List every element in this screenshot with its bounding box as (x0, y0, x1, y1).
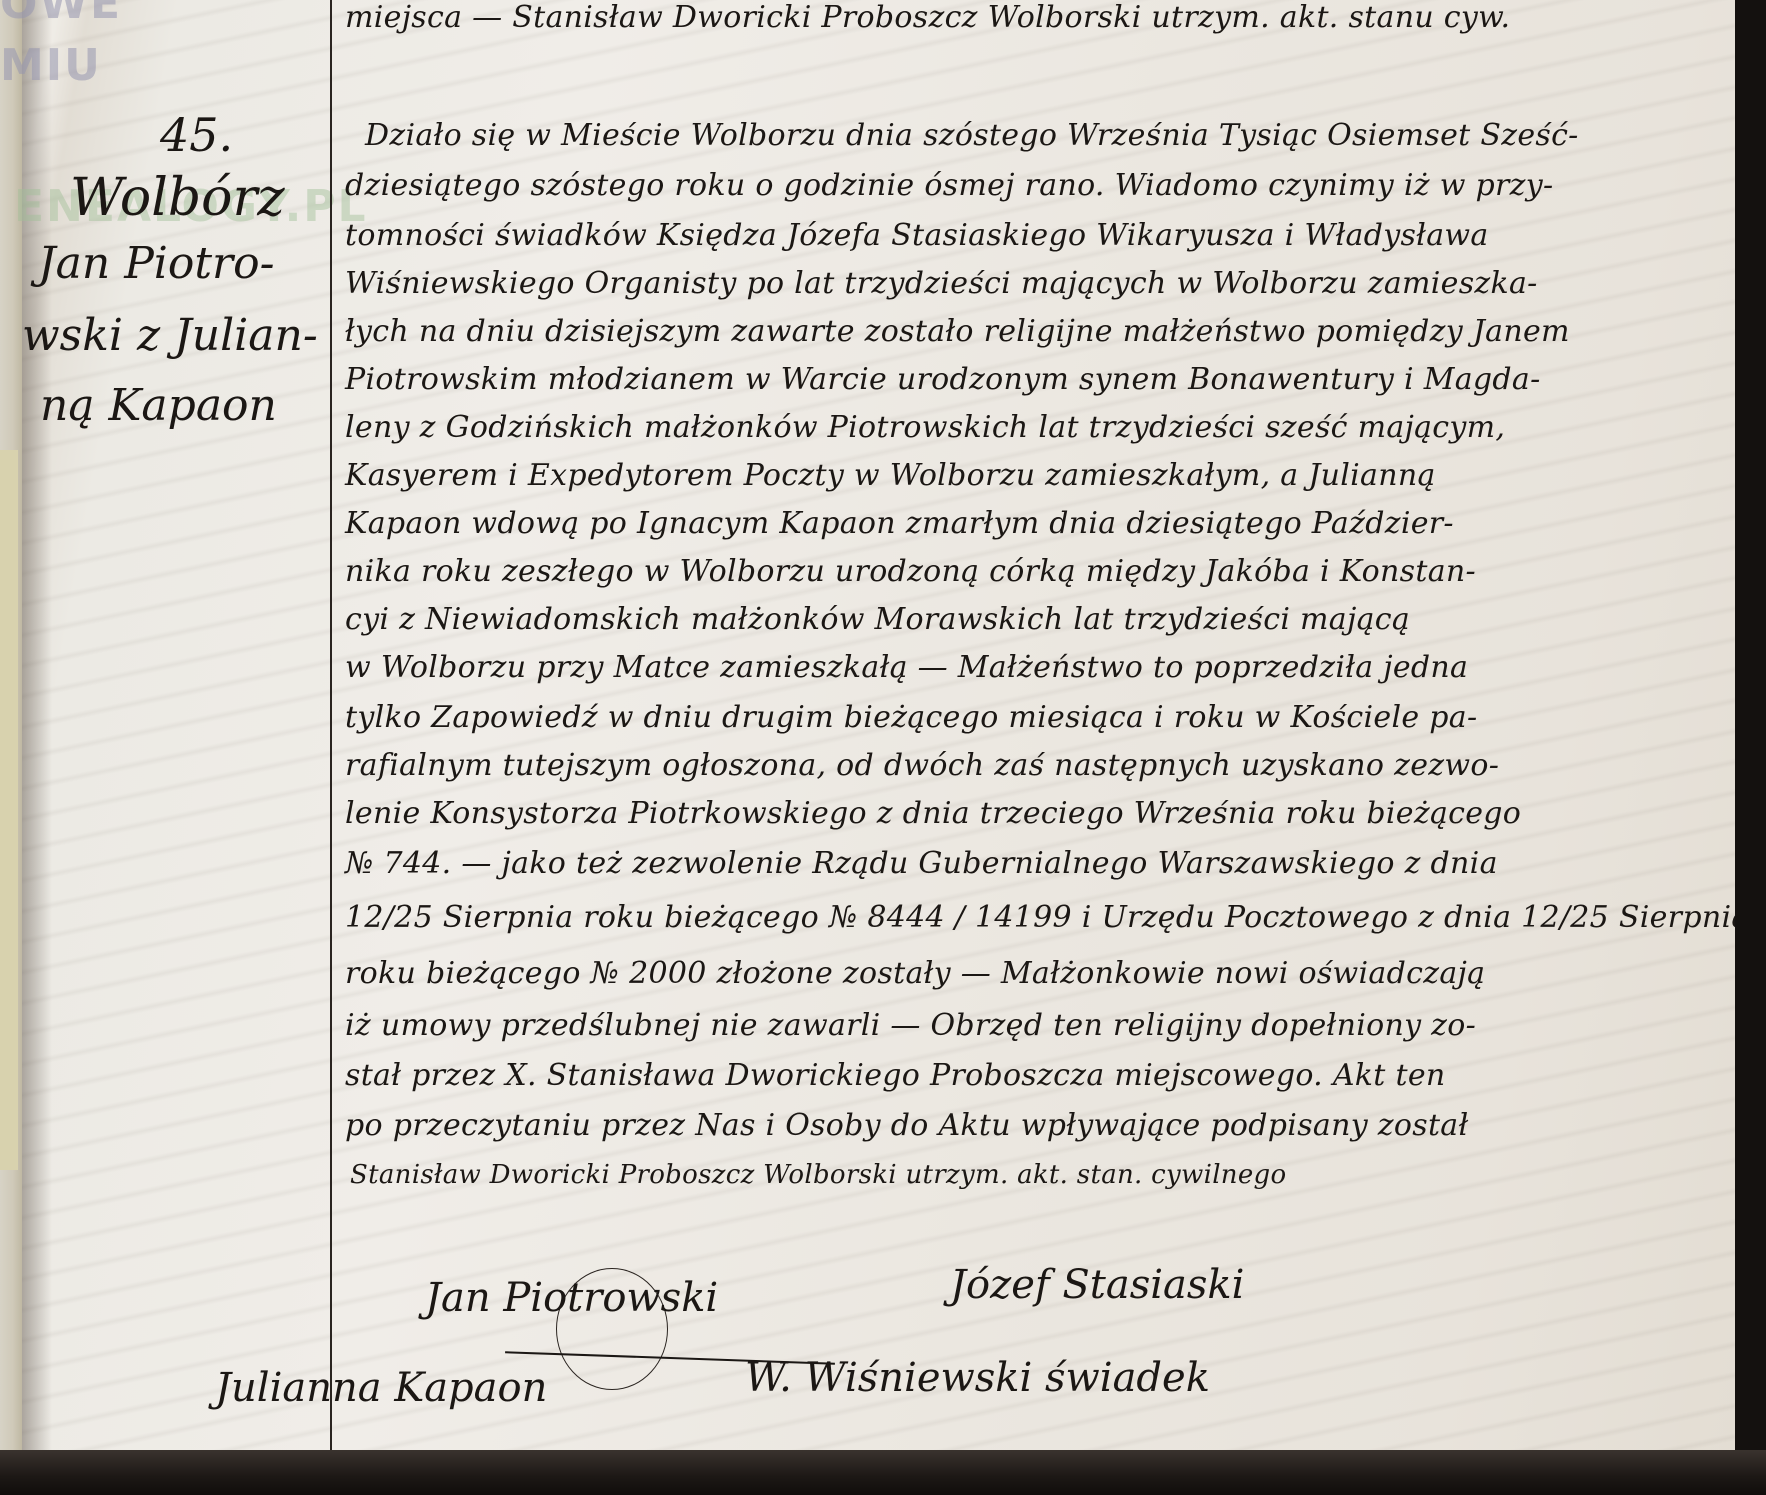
entry-line-20: stał przez X. Stanisława Dworickiego Pro… (345, 1058, 1446, 1093)
watermark-top: OWE (0, 0, 122, 26)
entry-line-8: Kasyerem i Expedytorem Poczty w Wolborzu… (345, 458, 1436, 493)
entry-line-3: tomności świadków Księdza Józefa Stasias… (345, 218, 1489, 253)
entry-line-0: miejsca — Stanisław Dworicki Proboszcz W… (345, 0, 1510, 35)
margin-names-line-2: wski z Julian- (22, 310, 318, 361)
entry-number: 45. (160, 108, 233, 162)
entry-line-19: iż umowy przedślubnej nie zawarli — Obrz… (345, 1008, 1476, 1043)
margin-place: Wolbórz (70, 168, 285, 228)
entry-line-11: cyi z Niewiadomskich małżonków Morawskic… (345, 602, 1410, 637)
entry-line-5: łych na dniu dzisiejszym zawarte zostało… (345, 314, 1570, 349)
entry-line-10: nika roku zeszłego w Wolborzu urodzoną c… (345, 554, 1476, 589)
entry-line-7: leny z Godzińskich małżonków Piotrowskic… (345, 410, 1505, 445)
entry-line-4: Wiśniewskiego Organisty po lat trzydzieś… (345, 266, 1538, 301)
book-cover-edge-right (1735, 0, 1766, 1495)
watermark-top-2: MIU (0, 44, 102, 88)
entry-line-12: w Wolborzu przy Matce zamieszkałą — Małż… (345, 650, 1468, 685)
signature-witness-1: Józef Stasiaski (950, 1262, 1244, 1308)
book-cover-edge-bottom (0, 1450, 1766, 1495)
entry-line-15: lenie Konsystorza Piotrkowskiego z dnia … (345, 796, 1521, 831)
entry-line-21: po przeczytaniu przez Nas i Osoby do Akt… (345, 1108, 1469, 1143)
entry-line-18: roku bieżącego № 2000 złożone zostały — … (345, 956, 1485, 991)
margin-rule-line (330, 0, 332, 1450)
margin-names-line-3: ną Kapaon (40, 380, 277, 431)
entry-line-13: tylko Zapowiedź w dniu drugim bieżącego … (345, 700, 1477, 735)
entry-line-1: Działo się w Mieście Wolborzu dnia szóst… (365, 118, 1579, 153)
signature-bride: Julianna Kapaon (215, 1365, 547, 1411)
entry-line-14: rafialnym tutejszym ogłoszona, od dwóch … (345, 748, 1499, 783)
entry-line-17: 12/25 Sierpnia roku bieżącego № 8444 / 1… (345, 900, 1735, 935)
page-tab-strip (0, 450, 18, 1170)
entry-line-2: dziesiątego szóstego roku o godzinie ósm… (345, 168, 1553, 203)
entry-line-22-priest-signature: Stanisław Dworicki Proboszcz Wolborski u… (350, 1160, 1286, 1190)
entry-line-16: № 744. — jako też zezwolenie Rządu Guber… (345, 846, 1498, 881)
margin-names-line-1: Jan Piotro- (38, 238, 274, 289)
signature-groom: Jan Piotrowski (425, 1275, 718, 1321)
entry-line-6: Piotrowskim młodzianem w Warcie urodzony… (345, 362, 1541, 397)
register-page: OWE MIU ENEALOGY.PL 45. Wolbórz Jan Piot… (0, 0, 1735, 1450)
entry-line-9: Kapaon wdową po Ignacym Kapaon zmarłym d… (345, 506, 1454, 541)
